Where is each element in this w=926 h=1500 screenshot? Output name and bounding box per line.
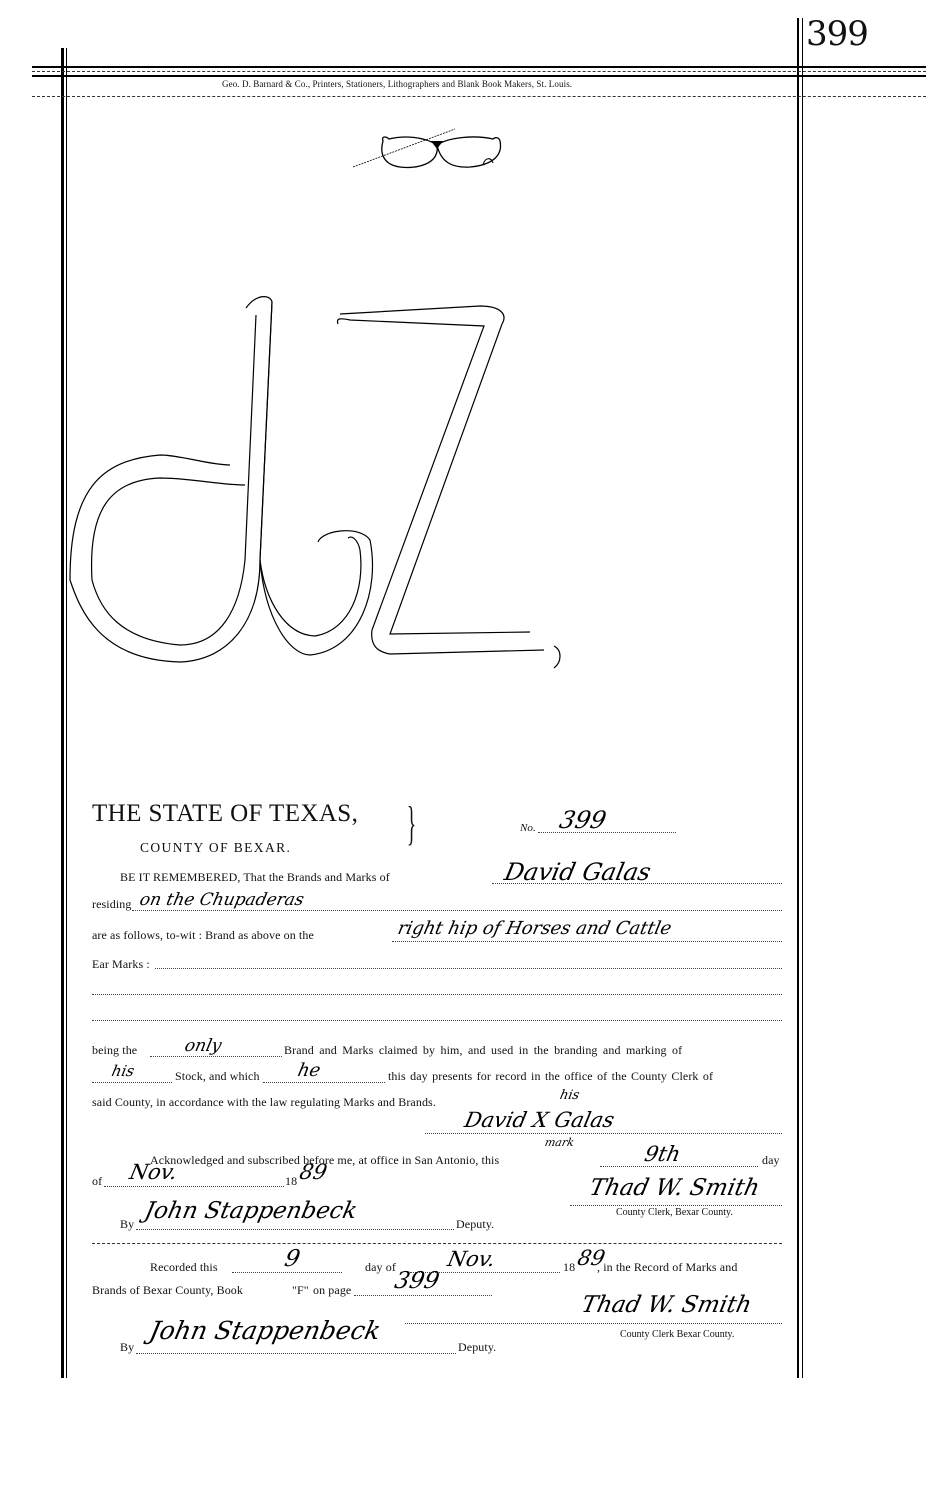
ack-by-label: By (120, 1217, 134, 1232)
section-divider (92, 1243, 782, 1244)
ear-mark-icon (345, 125, 515, 185)
recorded-year-prefix: 18 (563, 1260, 575, 1275)
brand-drawing (60, 290, 800, 690)
book-value[interactable]: "F" (292, 1283, 309, 1298)
number-value[interactable]: 399 (557, 806, 609, 834)
printer-line: Geo. D. Barnard & Co., Printers, Station… (222, 79, 572, 89)
ack-day-label: day (762, 1153, 780, 1168)
being-line (150, 1056, 282, 1057)
being-the-label: being the (92, 1043, 137, 1058)
number-label: No. (520, 822, 536, 834)
right-border-outer (797, 18, 799, 1378)
record-text: , in the Record of Marks and (597, 1260, 737, 1275)
ear-marks-label: Ear Marks : (92, 957, 150, 972)
owner-signature-line (425, 1133, 782, 1134)
state-title: THE STATE OF TEXAS, (92, 800, 358, 828)
ear-marks-line-2 (92, 994, 782, 995)
signature-his-text: his (558, 1088, 580, 1103)
top-rule-3 (32, 75, 926, 77)
follows-label: are as follows, to-wit : Brand as above … (92, 928, 314, 943)
being-field[interactable]: only (183, 1036, 223, 1056)
ack-clerk-line (570, 1205, 782, 1206)
ack-month-field[interactable]: Nov. (127, 1160, 179, 1184)
ack-deputy-label: Deputy. (456, 1217, 494, 1232)
right-border-inner (802, 18, 803, 1378)
left-border-outer (61, 48, 64, 1378)
top-rule-2 (32, 71, 926, 72)
recorded-day-field[interactable]: 9 (282, 1246, 302, 1272)
ack-year-field[interactable]: 89 (297, 1160, 329, 1184)
recorded-clerk-line (405, 1323, 782, 1324)
owner-name-field[interactable]: David Galas (502, 858, 654, 886)
county-title: COUNTY OF BEXAR. (140, 840, 291, 856)
page-label: on page (313, 1283, 351, 1298)
stock-which-text: Stock, and which (175, 1069, 260, 1084)
top-rule-1 (32, 66, 926, 68)
ack-year-prefix: 18 (285, 1174, 297, 1189)
recorded-clerk-title: County Clerk Bexar County. (620, 1329, 734, 1340)
ack-month-line (104, 1186, 284, 1187)
ear-marks-line-3 (92, 1020, 782, 1021)
his-field[interactable]: his (110, 1062, 136, 1080)
recorded-deputy-line (136, 1353, 456, 1354)
ear-marks-line-1 (155, 968, 782, 969)
ack-deputy-line (136, 1229, 454, 1230)
he-field[interactable]: he (296, 1060, 323, 1081)
ack-day-field[interactable]: 9th (642, 1142, 682, 1166)
recorded-deputy-label: Deputy. (458, 1340, 496, 1355)
page-number: 399 (806, 14, 868, 54)
brace-icon: } (407, 800, 416, 848)
recorded-day-line (232, 1272, 342, 1273)
brand-claim-text: Brand and Marks claimed by him, and used… (284, 1043, 682, 1058)
residing-field[interactable]: on the Chupaderas (138, 890, 306, 910)
his-line (92, 1082, 172, 1083)
printer-underline (32, 96, 926, 97)
recorded-deputy-signature[interactable]: John Stappenbeck (147, 1316, 383, 1345)
presents-text: this day presents for record in the offi… (388, 1069, 713, 1084)
accordance-text: said County, in accordance with the law … (92, 1095, 436, 1110)
residing-label: residing (92, 897, 131, 912)
ack-of-label: of (92, 1174, 102, 1189)
brand-location-line (392, 941, 782, 942)
ack-day-line (600, 1166, 758, 1167)
left-border-inner (66, 48, 67, 1378)
recorded-page-field[interactable]: 399 (392, 1268, 441, 1294)
recorded-month-field[interactable]: Nov. (445, 1247, 497, 1271)
recorded-day-of-label: day of (365, 1260, 396, 1275)
residing-line (132, 910, 782, 911)
recorded-label: Recorded this (150, 1260, 218, 1275)
recorded-page-line (354, 1295, 492, 1296)
be-it-remembered-text: BE IT REMEMBERED, That the Brands and Ma… (120, 870, 390, 885)
ack-deputy-signature[interactable]: John Stappenbeck (142, 1198, 359, 1224)
signature-mark-text: mark (544, 1136, 576, 1149)
he-line (263, 1082, 385, 1083)
ack-clerk-signature[interactable]: Thad W. Smith (587, 1175, 762, 1201)
recorded-by-label: By (120, 1340, 134, 1355)
ack-clerk-title: County Clerk, Bexar County. (616, 1207, 733, 1218)
brand-location-field[interactable]: right hip of Horses and Cattle (396, 918, 674, 939)
recorded-clerk-signature[interactable]: Thad W. Smith (579, 1292, 754, 1318)
owner-signature[interactable]: David X Galas (462, 1108, 616, 1132)
brands-book-text: Brands of Bexar County, Book (92, 1283, 243, 1298)
